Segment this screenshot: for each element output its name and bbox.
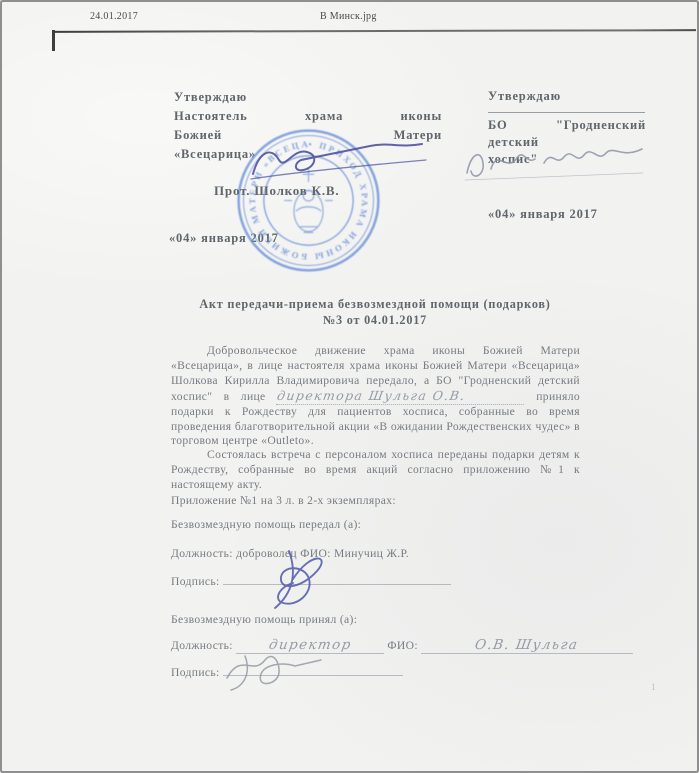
document-scan-area: Утверждаю Настоятель храма иконы Божией … — [2, 2, 697, 771]
document-title-line2: №3 от 04.01.2017 — [170, 312, 580, 328]
document-title-line1: Акт передачи-приема безвозмездной помощи… — [170, 296, 580, 312]
giver-section-header: Безвозмездную помощь передал (а): — [171, 518, 361, 531]
approve-right-title: Утверждаю — [488, 89, 561, 103]
approve-left-title: Утверждаю — [174, 90, 247, 104]
approve-right-rule — [488, 112, 645, 113]
giver-signature-ink — [235, 545, 367, 611]
page-number: 1 — [651, 683, 656, 693]
fio-label: ФИО: — [387, 639, 418, 652]
position-label: Должность: — [171, 547, 233, 560]
paragraph-meeting: Состоялась встреча с персоналом хосписа … — [171, 448, 580, 493]
document-title: Акт передачи-приема безвозмездной помощи… — [170, 296, 580, 328]
hospice-director-signature — [462, 140, 648, 186]
paragraph-transfer: Добровольческое движение храма иконы Бож… — [171, 344, 580, 449]
attachment-note: Приложение №1 на 3 л. в 2-х экземплярах: — [171, 494, 396, 507]
priest-name: Прот. Шолков К.В. — [214, 183, 339, 199]
signature-label: Подпись: — [171, 575, 220, 588]
approve-right-date: «04» января 2017 — [488, 207, 598, 222]
handwritten-receiver-fio: О.В. Шульга — [474, 637, 580, 653]
receiver-signature-ink — [215, 644, 337, 692]
signature-label: Подпись: — [171, 666, 220, 679]
receiver-section-header: Безвозмездную помощь принял (а): — [171, 613, 357, 626]
handwritten-recipient: директора Шульга О.В. — [276, 389, 527, 405]
priest-signature — [248, 133, 430, 185]
scanned-document-page: 24.01.2017 В Минск.jpg Утверждаю Настоят… — [0, 0, 699, 773]
